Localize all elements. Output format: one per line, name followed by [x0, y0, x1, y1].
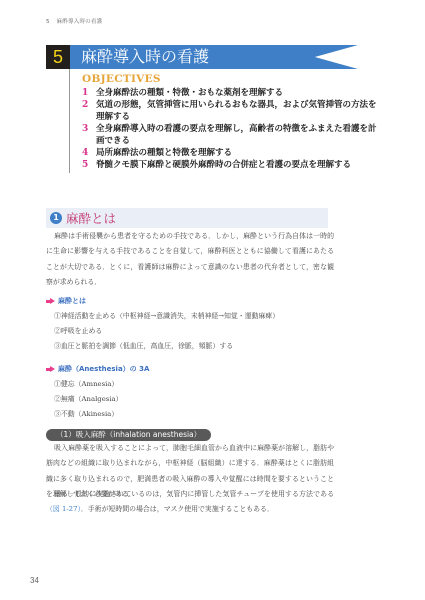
intro-text: 麻酔は手術侵襲から患者を守るための手技である．しかし，麻酔という行為自体は一時的…	[46, 232, 334, 286]
objective-number: 1	[82, 87, 88, 99]
section-title: 麻酔とは	[66, 209, 116, 227]
chapter-banner: 5 麻酔導入時の看護	[46, 45, 358, 69]
objective-item: 5脊髄クモ膜下麻酔と硬膜外麻酔時の合併症と看護の要点を理解する	[82, 159, 382, 171]
list-item: ③不動（Akinesia）	[54, 407, 123, 422]
inhalation-paragraph-2: 最も一般的に実施されているのは，気管内に挿管した気管チューブを使用する方法である…	[46, 487, 334, 518]
list-item: ②呼吸を止める	[54, 324, 279, 339]
objective-text: 全身麻酔法の種類・特徴・おもな薬剤を理解する	[96, 88, 283, 98]
list-item: ①神経活動を止める（中枢神経→意識消失，末梢神経→知覚・運動麻痺）	[54, 309, 279, 324]
running-header-chapter-number: 5	[46, 19, 50, 25]
objective-number: 4	[82, 147, 88, 159]
objectives-title: OBJECTIVES	[82, 73, 382, 85]
what-is-anesthesia-heading: 麻酔とは	[46, 296, 86, 306]
intro-paragraph: 麻酔は手術侵襲から患者を守るための手技である．しかし，麻酔という行為自体は一時的…	[46, 229, 334, 290]
objective-text: 気道の形態，気管挿管に用いられるおもな器具，および気管挿管の方法を理解する	[96, 100, 377, 122]
objective-text: 脊髄クモ膜下麻酔と硬膜外麻酔時の合併症と看護の要点を理解する	[96, 160, 351, 170]
paragraph-text: 最も一般的に実施されているのは，気管内に挿管した気管チューブを使用する方法である	[54, 490, 334, 498]
objective-text: 全身麻酔導入時の看護の要点を理解し，高齢者の特徴をふまえた看護を計画できる	[96, 124, 377, 146]
section-header: 1 麻酔とは	[46, 208, 328, 228]
running-header: 5 麻酔導入時の看護	[46, 17, 102, 25]
figure-reference-link[interactable]: （図 1-27）	[46, 505, 81, 513]
heading-text: 麻酔とは	[58, 296, 86, 306]
objective-text: 局所麻酔法の種類と特徴を理解する	[96, 148, 232, 158]
arrow-right-icon	[46, 366, 56, 373]
paragraph-text: ．手術が短時間の場合は，マスク使用で実施することもある．	[81, 505, 274, 513]
chapter-number: 5	[46, 45, 70, 69]
list-item: ①健忘（Amnesia）	[54, 377, 123, 392]
three-a-heading: 麻酔（Anesthesia）の 3A	[46, 364, 149, 374]
what-is-anesthesia-list: ①神経活動を止める（中枢神経→意識消失，末梢神経→知覚・運動麻痺） ②呼吸を止め…	[54, 309, 279, 354]
objective-number: 3	[82, 123, 88, 135]
chapter-title: 麻酔導入時の看護	[81, 45, 209, 69]
arrow-right-icon	[46, 298, 56, 305]
page-number: 34	[30, 576, 39, 585]
inhalation-anesthesia-heading: （1）吸入麻酔（inhalation anesthesia）	[46, 429, 211, 441]
objective-number: 5	[82, 159, 88, 171]
objective-item: 3全身麻酔導入時の看護の要点を理解し，高齢者の特徴をふまえた看護を計画できる	[82, 123, 382, 147]
three-a-list: ①健忘（Amnesia） ②無痛（Analgesia） ③不動（Akinesia…	[54, 377, 123, 422]
objective-number: 2	[82, 99, 88, 111]
running-header-title: 麻酔導入時の看護	[57, 19, 103, 25]
objectives-list: 1全身麻酔法の種類・特徴・おもな薬剤を理解する 2気道の形態，気管挿管に用いられ…	[82, 87, 382, 171]
list-item: ③血圧と脈拍を調節（低血圧，高血圧，徐脈，頻脈）する	[54, 339, 279, 354]
list-item: ②無痛（Analgesia）	[54, 392, 123, 407]
section-number-badge: 1	[50, 212, 62, 224]
objectives-box: OBJECTIVES 1全身麻酔法の種類・特徴・おもな薬剤を理解する 2気道の形…	[69, 69, 382, 173]
objective-item: 2気道の形態，気管挿管に用いられるおもな器具，および気管挿管の方法を理解する	[82, 99, 382, 123]
objective-item: 4局所麻酔法の種類と特徴を理解する	[82, 147, 382, 159]
objective-item: 1全身麻酔法の種類・特徴・おもな薬剤を理解する	[82, 87, 382, 99]
heading-text: 麻酔（Anesthesia）の 3A	[58, 364, 149, 374]
